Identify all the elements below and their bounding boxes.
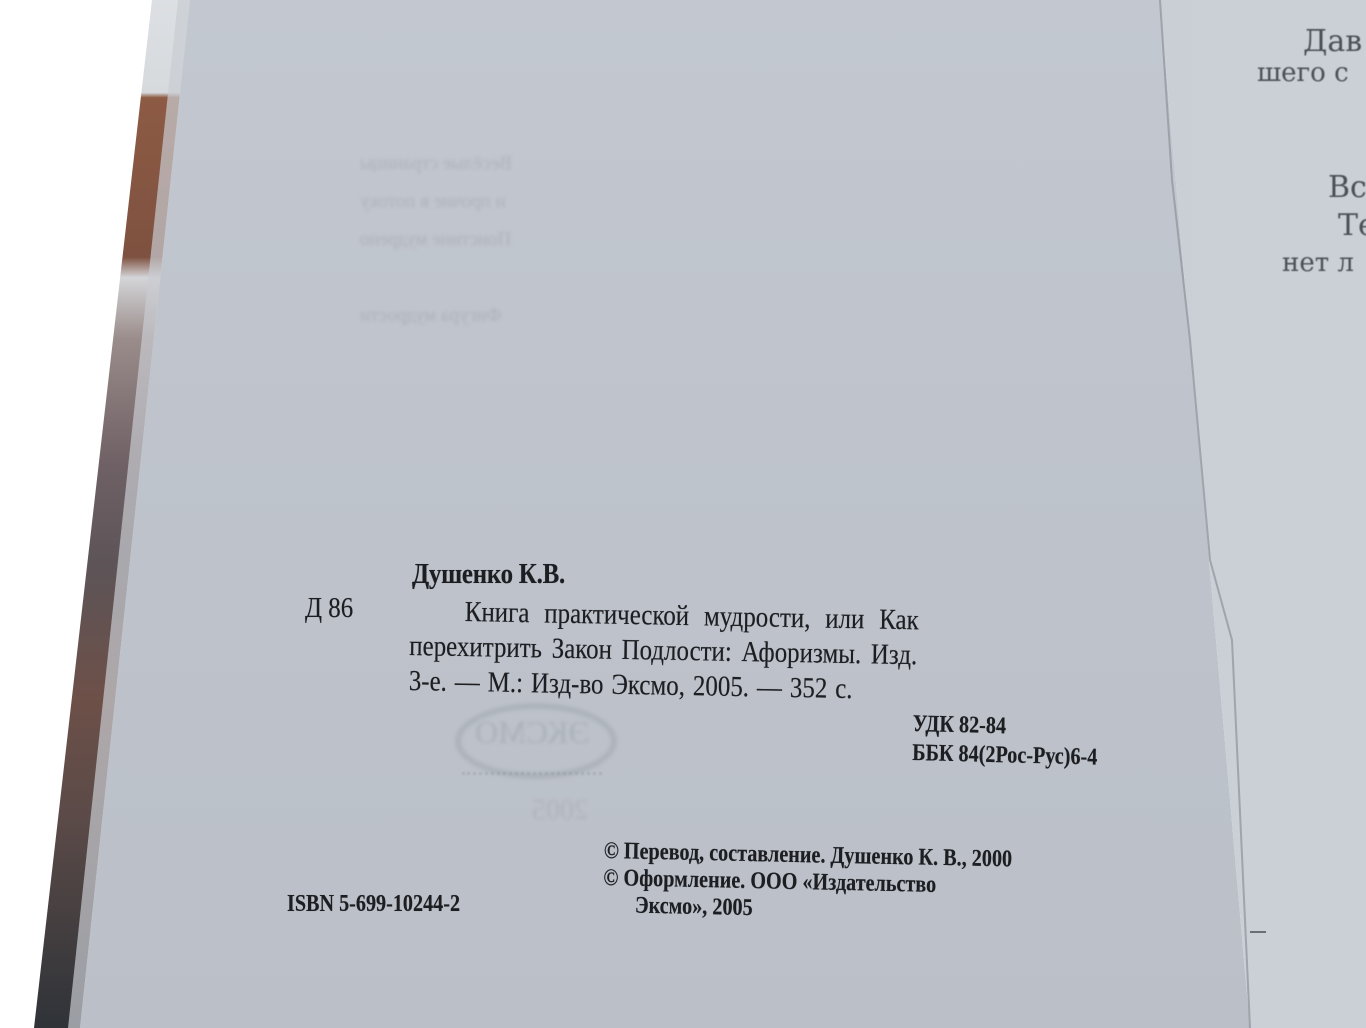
author-name: Душенко К.В. bbox=[412, 558, 565, 591]
right-page-fragment: шего с bbox=[1257, 58, 1349, 88]
classification-codes: УДК 82-84 ББК 84(2Рос-Рус)6-4 bbox=[912, 710, 1098, 773]
publisher-logo-bleed-subline bbox=[462, 772, 602, 778]
right-page-fragment: Те bbox=[1338, 208, 1366, 243]
right-page-fragment: нет л bbox=[1282, 248, 1354, 278]
publisher-logo-bleed-text: ЭКСМО bbox=[475, 714, 590, 751]
right-page-fragment: Вс bbox=[1328, 170, 1366, 205]
isbn: ISBN 5-699-10244-2 bbox=[287, 891, 460, 918]
photo-scene: Весёлые страницы и прочие в потоку Поист… bbox=[0, 0, 1366, 1028]
udk-code: УДК 82-84 bbox=[912, 710, 1098, 744]
right-page-fragment: Дав bbox=[1303, 24, 1362, 59]
publisher-logo-bleed-year: 2005 bbox=[532, 795, 588, 827]
catalog-code: Д 86 bbox=[305, 592, 353, 625]
copyright-notice: © Перевод, составление. Душенко К. В., 2… bbox=[603, 838, 1012, 927]
bleed-through-epigraph: Весёлые страницы и прочие в потоку Поист… bbox=[360, 145, 620, 335]
bibliographic-description: Книга практической мудрости, или Как пер… bbox=[409, 594, 1167, 713]
bbk-code: ББК 84(2Рос-Рус)6-4 bbox=[912, 739, 1098, 773]
